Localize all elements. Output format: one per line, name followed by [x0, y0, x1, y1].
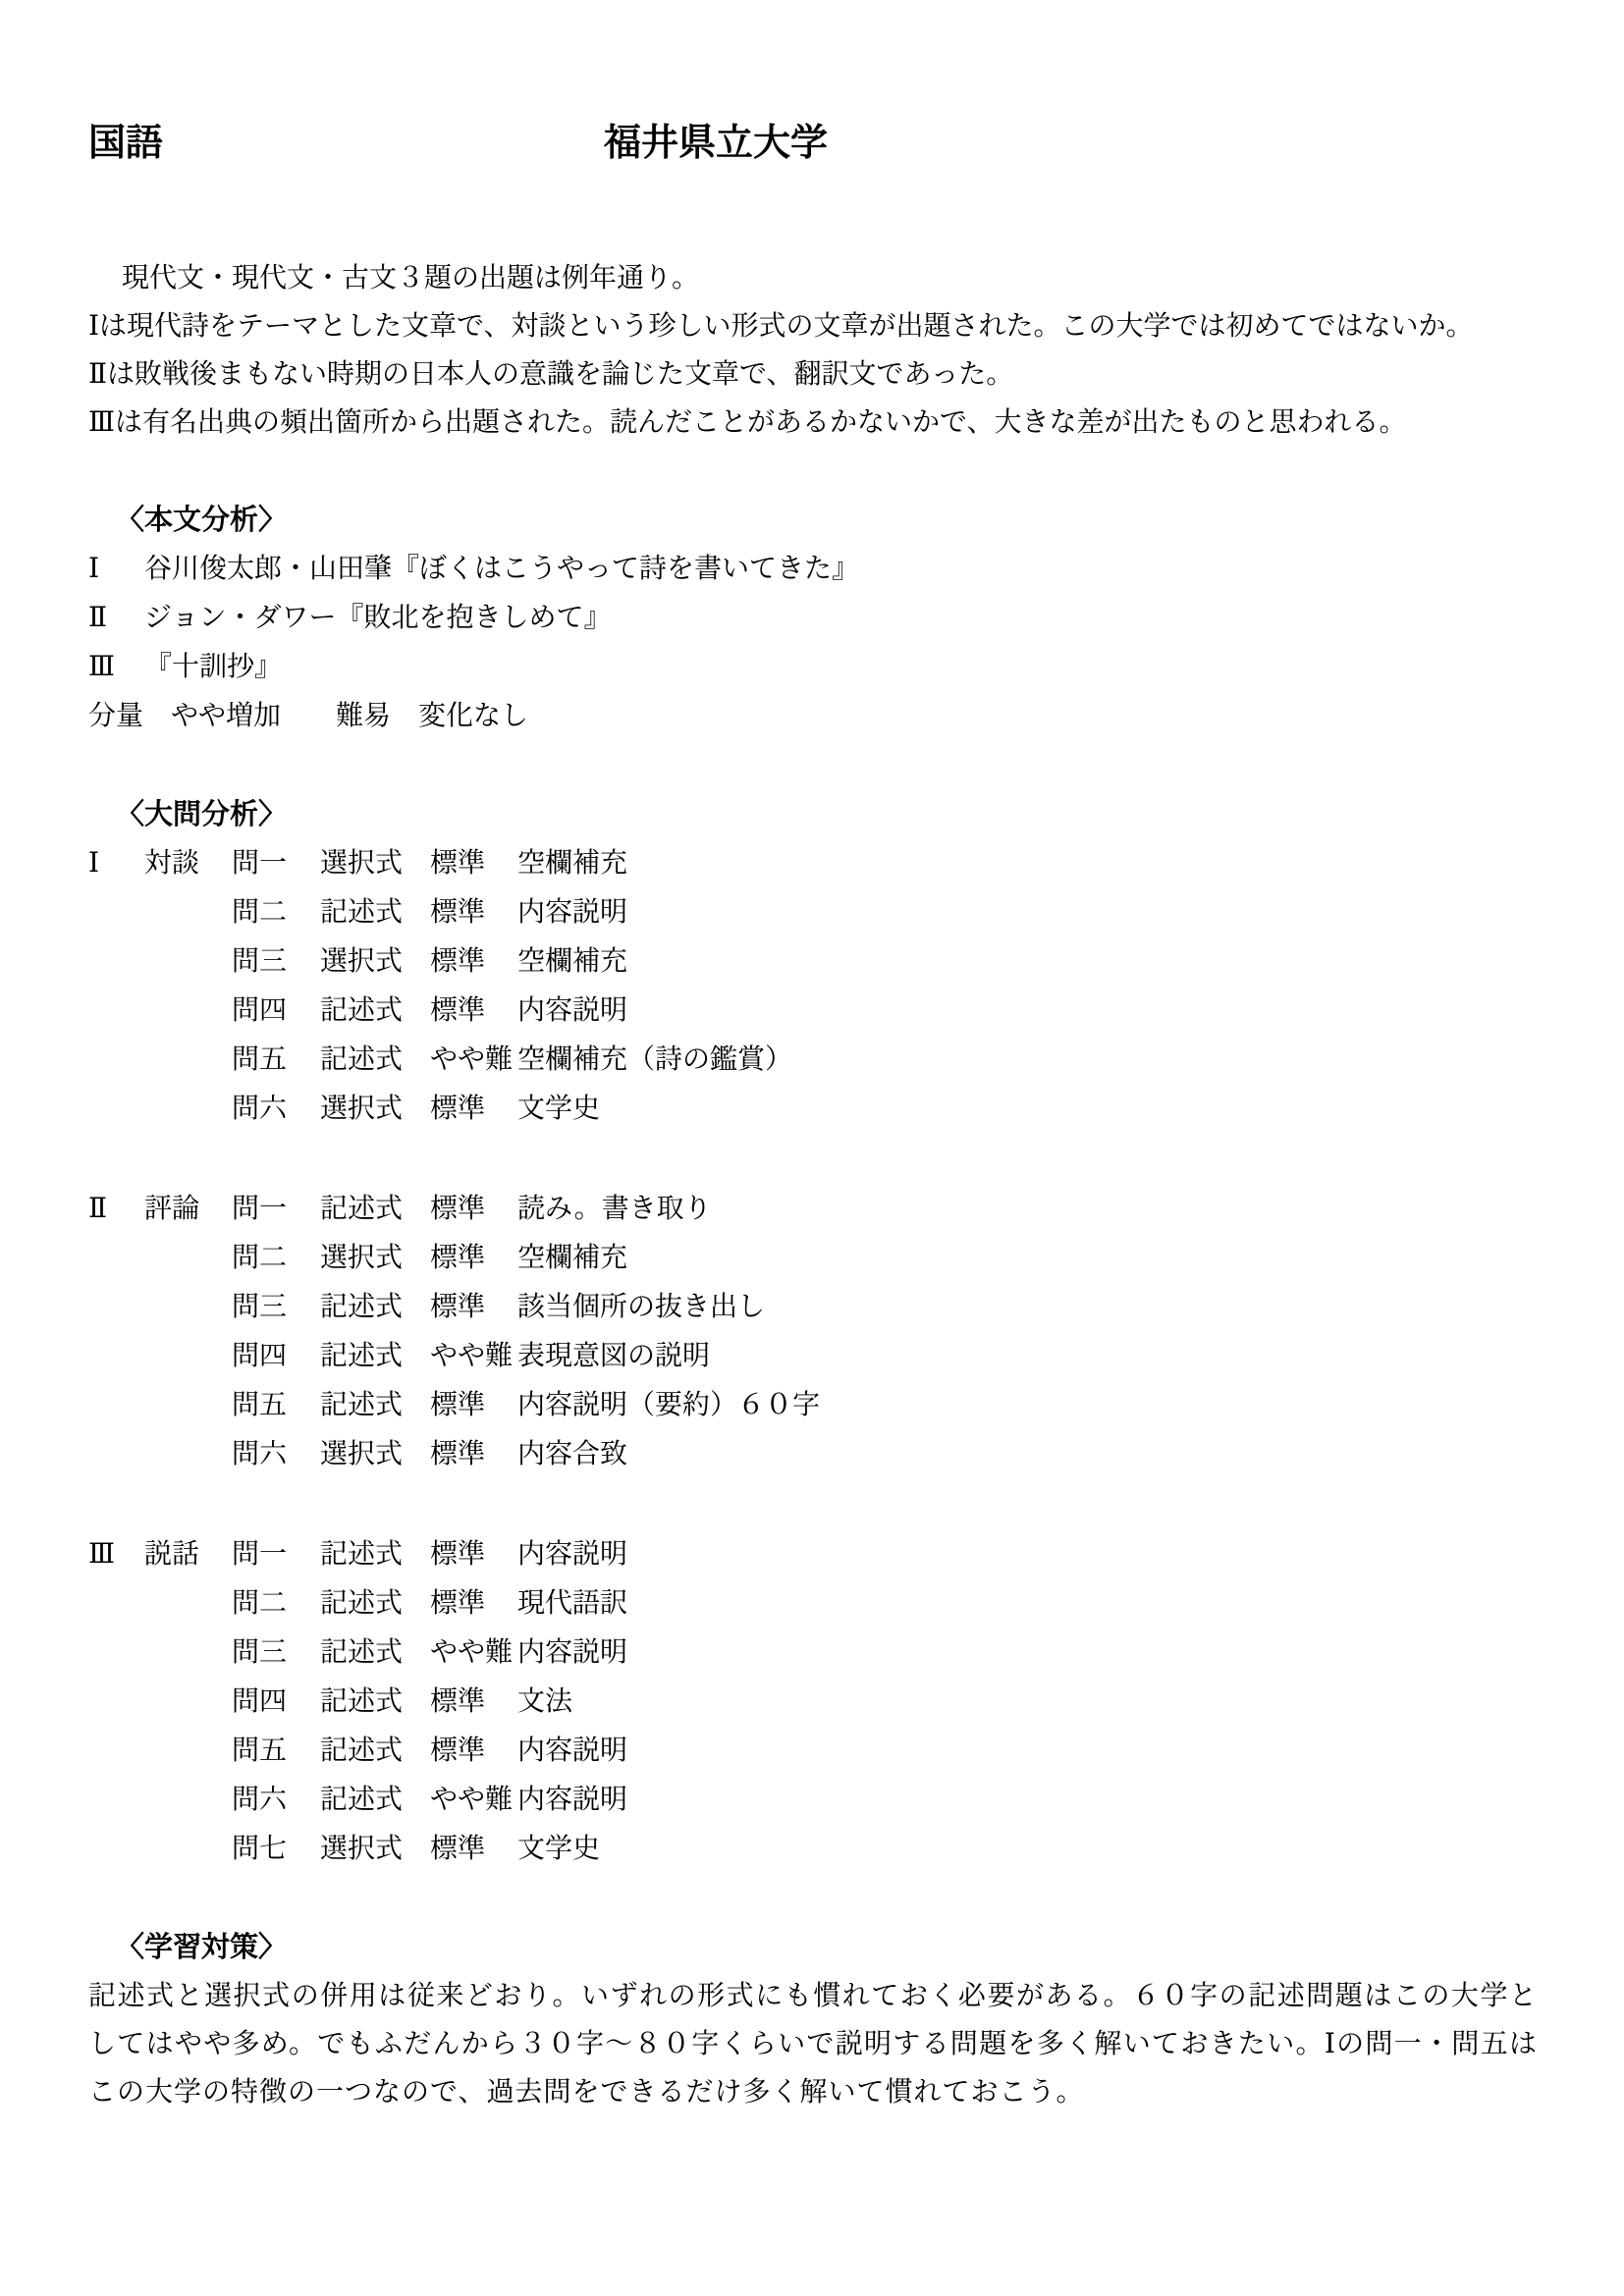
question-number: 問三 [232, 1628, 320, 1677]
university-title: 福井県立大学 [604, 120, 828, 165]
question-row: 問二記述式標準内容説明 [88, 887, 1538, 936]
section-numeral: Ⅱ [88, 1184, 144, 1233]
question-number: 問五 [232, 1380, 320, 1429]
difficulty-level: 標準 [430, 887, 517, 936]
answer-type: 記述式 [320, 1331, 430, 1380]
section-numeral [88, 1380, 144, 1429]
volume-value: やや増加 [171, 699, 281, 731]
question-content: 空欄補充（詩の鑑賞） [517, 1035, 1538, 1084]
intro-line: Ⅰは現代詩をテーマとした文章で、対談という珍しい形式の文章が出題された。この大学… [88, 301, 1538, 349]
section-numeral [88, 1824, 144, 1873]
difficulty-level: 標準 [430, 1429, 517, 1478]
subject-title: 国語 [88, 121, 163, 164]
question-row: 問三記述式やや難内容説明 [88, 1628, 1538, 1677]
question-number: 問四 [232, 1331, 320, 1380]
difficulty-level: 標準 [430, 1726, 517, 1775]
question-row: 問六選択式標準内容合致 [88, 1429, 1538, 1478]
section-numeral: Ⅰ [88, 838, 144, 887]
question-content: 空欄補充 [517, 838, 1538, 887]
question-row: 問五記述式標準内容説明 [88, 1726, 1538, 1775]
answer-type: 選択式 [320, 838, 430, 887]
answer-type: 記述式 [320, 1529, 430, 1578]
document-page: 国語 福井県立大学 現代文・現代文・古文３題の出題は例年通り。Ⅰは現代詩をテーマ… [0, 0, 1624, 2296]
section-genre [144, 1331, 232, 1380]
section-numeral [88, 1035, 144, 1084]
difficulty-level: 標準 [430, 1578, 517, 1628]
question-content: 現代語訳 [517, 1578, 1538, 1628]
source-numeral: Ⅱ [88, 593, 144, 642]
question-content: 内容説明（要約）６０字 [517, 1380, 1538, 1429]
source-list: Ⅰ谷川俊太郎・山田肇『ぼくはこうやって詩を書いてきた』Ⅱジョン・ダワー『敗北を抱… [88, 544, 1538, 691]
difficulty-level: やや難 [430, 1035, 517, 1084]
difficulty-level: 標準 [430, 1233, 517, 1282]
question-row: 問六選択式標準文学史 [88, 1084, 1538, 1133]
difficulty-level: 標準 [430, 1677, 517, 1726]
question-content: 内容合致 [517, 1429, 1538, 1478]
section-genre [144, 1628, 232, 1677]
question-number: 問五 [232, 1726, 320, 1775]
difficulty-value: 変化なし [418, 699, 528, 731]
question-number: 問四 [232, 1677, 320, 1726]
source-numeral: Ⅰ [88, 544, 144, 593]
question-section: Ⅰ対談問一選択式標準空欄補充問二記述式標準内容説明問三選択式標準空欄補充問四記述… [88, 838, 1538, 1133]
section-genre: 対談 [144, 838, 232, 887]
difficulty-level: 標準 [430, 838, 517, 887]
question-content: 文学史 [517, 1824, 1538, 1873]
question-content: 文学史 [517, 1084, 1538, 1133]
question-content: 内容説明 [517, 887, 1538, 936]
intro-paragraph: 現代文・現代文・古文３題の出題は例年通り。Ⅰは現代詩をテーマとした文章で、対談と… [88, 253, 1538, 446]
question-row: 問六記述式やや難内容説明 [88, 1775, 1538, 1824]
answer-type: 選択式 [320, 1084, 430, 1133]
section-genre [144, 1035, 232, 1084]
difficulty-level: 標準 [430, 1380, 517, 1429]
question-content: 空欄補充 [517, 1233, 1538, 1282]
section-genre [144, 1824, 232, 1873]
question-number: 問四 [232, 986, 320, 1035]
question-row: 問三選択式標準空欄補充 [88, 936, 1538, 986]
question-number: 問一 [232, 1529, 320, 1578]
question-row: Ⅰ対談問一選択式標準空欄補充 [88, 838, 1538, 887]
source-title: ジョン・ダワー『敗北を抱きしめて』 [144, 593, 1538, 642]
question-number: 問七 [232, 1824, 320, 1873]
difficulty-level: 標準 [430, 1529, 517, 1578]
intro-line: Ⅲは有名出典の頻出箇所から出題された。読んだことがあるかないかで、大きな差が出た… [88, 398, 1538, 446]
question-content: 読み。書き取り [517, 1184, 1538, 1233]
doc-header: 国語 福井県立大学 [88, 120, 1538, 165]
section-numeral [88, 1578, 144, 1628]
question-row: 問五記述式やや難空欄補充（詩の鑑賞） [88, 1035, 1538, 1084]
section-numeral [88, 1775, 144, 1824]
question-number: 問一 [232, 1184, 320, 1233]
source-numeral: Ⅲ [88, 642, 144, 691]
answer-type: 記述式 [320, 1726, 430, 1775]
question-number: 問五 [232, 1035, 320, 1084]
section-genre [144, 1282, 232, 1331]
section-numeral [88, 1084, 144, 1133]
section-genre [144, 1233, 232, 1282]
question-content: 内容説明 [517, 986, 1538, 1035]
question-row: 問四記述式標準内容説明 [88, 986, 1538, 1035]
question-number: 問六 [232, 1084, 320, 1133]
answer-type: 記述式 [320, 1035, 430, 1084]
difficulty-level: 標準 [430, 1282, 517, 1331]
section-genre [144, 986, 232, 1035]
answer-type: 記述式 [320, 1282, 430, 1331]
question-number: 問六 [232, 1429, 320, 1478]
question-row: 問五記述式標準内容説明（要約）６０字 [88, 1380, 1538, 1429]
question-number: 問二 [232, 1578, 320, 1628]
question-analysis-heading: 〈大問分析〉 [88, 789, 1538, 838]
question-section: Ⅱ評論問一記述式標準読み。書き取り問二選択式標準空欄補充問三記述式標準該当個所の… [88, 1184, 1538, 1478]
answer-type: 記述式 [320, 1578, 430, 1628]
answer-type: 記述式 [320, 1775, 430, 1824]
section-numeral [88, 887, 144, 936]
question-content: 内容説明 [517, 1726, 1538, 1775]
section-genre [144, 1429, 232, 1478]
section-genre [144, 1084, 232, 1133]
difficulty-level: やや難 [430, 1775, 517, 1824]
section-numeral [88, 936, 144, 986]
source-row: Ⅱジョン・ダワー『敗北を抱きしめて』 [88, 593, 1538, 642]
section-genre [144, 936, 232, 986]
question-content: 該当個所の抜き出し [517, 1282, 1538, 1331]
difficulty-level: 標準 [430, 1824, 517, 1873]
section-genre: 説話 [144, 1529, 232, 1578]
question-content: 文法 [517, 1677, 1538, 1726]
question-content: 表現意図の説明 [517, 1331, 1538, 1380]
section-numeral [88, 1726, 144, 1775]
answer-type: 記述式 [320, 986, 430, 1035]
answer-type: 記述式 [320, 1628, 430, 1677]
answer-type: 選択式 [320, 936, 430, 986]
question-row: Ⅲ説話問一記述式標準内容説明 [88, 1529, 1538, 1578]
section-genre [144, 1677, 232, 1726]
question-content: 内容説明 [517, 1628, 1538, 1677]
difficulty-level: 標準 [430, 986, 517, 1035]
difficulty-level: 標準 [430, 1084, 517, 1133]
section-numeral: Ⅲ [88, 1529, 144, 1578]
text-analysis-heading: 〈本文分析〉 [88, 495, 1538, 544]
question-number: 問三 [232, 1282, 320, 1331]
section-numeral [88, 1282, 144, 1331]
difficulty-level: やや難 [430, 1331, 517, 1380]
question-row: 問二記述式標準現代語訳 [88, 1578, 1538, 1628]
question-section: Ⅲ説話問一記述式標準内容説明問二記述式標準現代語訳問三記述式やや難内容説明問四記… [88, 1529, 1538, 1873]
section-genre [144, 887, 232, 936]
answer-type: 記述式 [320, 1184, 430, 1233]
answer-type: 記述式 [320, 1677, 430, 1726]
question-row: 問三記述式標準該当個所の抜き出し [88, 1282, 1538, 1331]
difficulty-level: 標準 [430, 1184, 517, 1233]
question-row: 問四記述式標準文法 [88, 1677, 1538, 1726]
answer-type: 記述式 [320, 1380, 430, 1429]
intro-line: Ⅱは敗戦後まもない時期の日本人の意識を論じた文章で、翻訳文であった。 [88, 349, 1538, 398]
section-numeral [88, 1429, 144, 1478]
section-genre [144, 1578, 232, 1628]
question-row: 問四記述式やや難表現意図の説明 [88, 1331, 1538, 1380]
difficulty-level: やや難 [430, 1628, 517, 1677]
volume-difficulty-line: 分量やや増加難易変化なし [88, 691, 1538, 740]
section-genre: 評論 [144, 1184, 232, 1233]
source-row: Ⅰ谷川俊太郎・山田肇『ぼくはこうやって詩を書いてきた』 [88, 544, 1538, 593]
answer-type: 記述式 [320, 887, 430, 936]
question-analysis-table: Ⅰ対談問一選択式標準空欄補充問二記述式標準内容説明問三選択式標準空欄補充問四記述… [88, 838, 1538, 1873]
question-row: Ⅱ評論問一記述式標準読み。書き取り [88, 1184, 1538, 1233]
difficulty-level: 標準 [430, 936, 517, 986]
section-genre [144, 1380, 232, 1429]
question-row: 問七選択式標準文学史 [88, 1824, 1538, 1873]
question-content: 内容説明 [517, 1775, 1538, 1824]
source-title: 『十訓抄』 [144, 642, 1538, 691]
section-numeral [88, 1331, 144, 1380]
answer-type: 選択式 [320, 1429, 430, 1478]
intro-line: 現代文・現代文・古文３題の出題は例年通り。 [88, 253, 1538, 301]
question-number: 問六 [232, 1775, 320, 1824]
study-advice-heading: 〈学習対策〉 [88, 1922, 1538, 1971]
question-number: 問二 [232, 1233, 320, 1282]
question-number: 問二 [232, 887, 320, 936]
section-genre [144, 1726, 232, 1775]
difficulty-label: 難易 [336, 699, 391, 731]
question-content: 空欄補充 [517, 936, 1538, 986]
question-content: 内容説明 [517, 1529, 1538, 1578]
source-row: Ⅲ『十訓抄』 [88, 642, 1538, 691]
section-numeral [88, 1233, 144, 1282]
section-genre [144, 1775, 232, 1824]
answer-type: 選択式 [320, 1233, 430, 1282]
source-title: 谷川俊太郎・山田肇『ぼくはこうやって詩を書いてきた』 [144, 544, 1538, 593]
question-row: 問二選択式標準空欄補充 [88, 1233, 1538, 1282]
section-numeral [88, 986, 144, 1035]
volume-label: 分量 [88, 699, 143, 731]
section-numeral [88, 1677, 144, 1726]
study-advice-text: 記述式と選択式の併用は従来どおり。いずれの形式にも慣れておく必要がある。６０字の… [88, 1971, 1538, 2115]
question-number: 問三 [232, 936, 320, 986]
question-number: 問一 [232, 838, 320, 887]
answer-type: 選択式 [320, 1824, 430, 1873]
section-numeral [88, 1628, 144, 1677]
